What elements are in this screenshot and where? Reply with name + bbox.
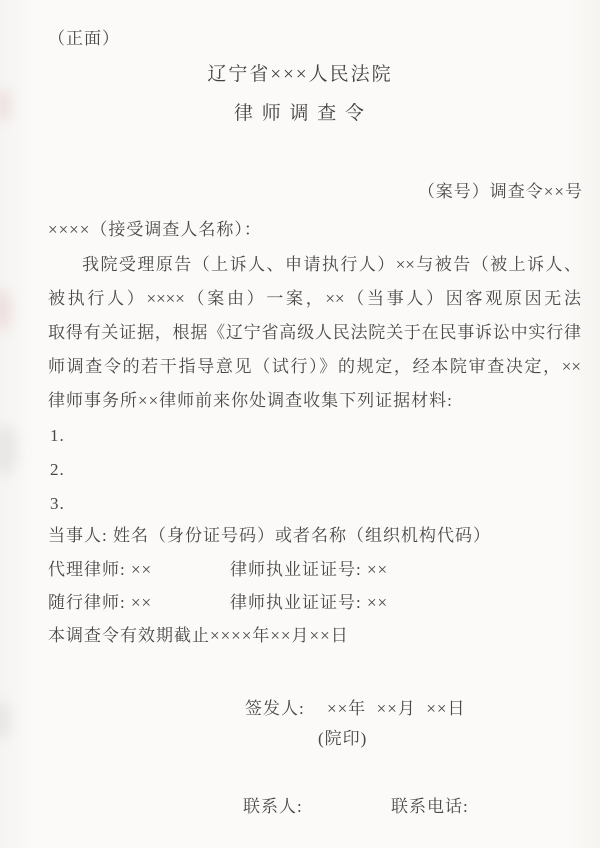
- case-number: （案号）调查令××号: [418, 181, 583, 203]
- evidence-item: 2.: [50, 459, 65, 481]
- body-line: 取得有关证据，根据《辽宁省高级人民法院关于在民事诉讼中实行律: [48, 322, 581, 344]
- scan-artifact: [0, 424, 18, 476]
- document-title: 律 师 调 查 令: [0, 103, 600, 125]
- evidence-item: 1.: [50, 425, 65, 447]
- body-line: 律师事务所××律师前来你处调查收集下列证据材料:: [48, 390, 453, 412]
- issuer-label: 签发人:: [245, 698, 305, 720]
- body-line: 师调查令的若干指导意见（试行）》的规定，经本院审查决定，××: [48, 356, 581, 378]
- scan-artifact: [0, 700, 12, 740]
- party-line: 当事人: 姓名（身份证号码）或者名称（组织机构代码）: [48, 525, 491, 547]
- agent-lawyer-name: 代理律师: ××: [48, 559, 152, 581]
- court-seal-placeholder: (院印): [318, 728, 367, 750]
- court-name: 辽宁省×××人民法院: [0, 64, 600, 86]
- accompanying-lawyer-name: 随行律师: ××: [48, 592, 152, 614]
- contact-person-label: 联系人:: [243, 796, 303, 818]
- body-line: 被执行人）××××（案由）一案，××（当事人）因客观原因无法: [48, 288, 581, 310]
- scan-artifact: [0, 288, 13, 332]
- accompanying-lawyer-license: 律师执业证证号: ××: [230, 592, 388, 614]
- contact-phone-label: 联系电话:: [391, 796, 469, 818]
- evidence-item: 3.: [50, 493, 65, 515]
- addressee-line: ××××（接受调查人名称）：: [48, 219, 262, 241]
- issue-date: ××年 ××月 ××日: [327, 698, 466, 720]
- body-line: 我院受理原告（上诉人、申请执行人）××与被告（被上诉人、: [82, 254, 581, 276]
- scanned-document-page: （正面） 辽宁省×××人民法院 律 师 调 查 令 （案号）调查令××号 ×××…: [0, 0, 600, 848]
- side-label: （正面）: [48, 28, 120, 50]
- agent-lawyer-license: 律师执业证证号: ××: [230, 559, 388, 581]
- validity-line: 本调查令有效期截止××××年××月××日: [48, 625, 349, 647]
